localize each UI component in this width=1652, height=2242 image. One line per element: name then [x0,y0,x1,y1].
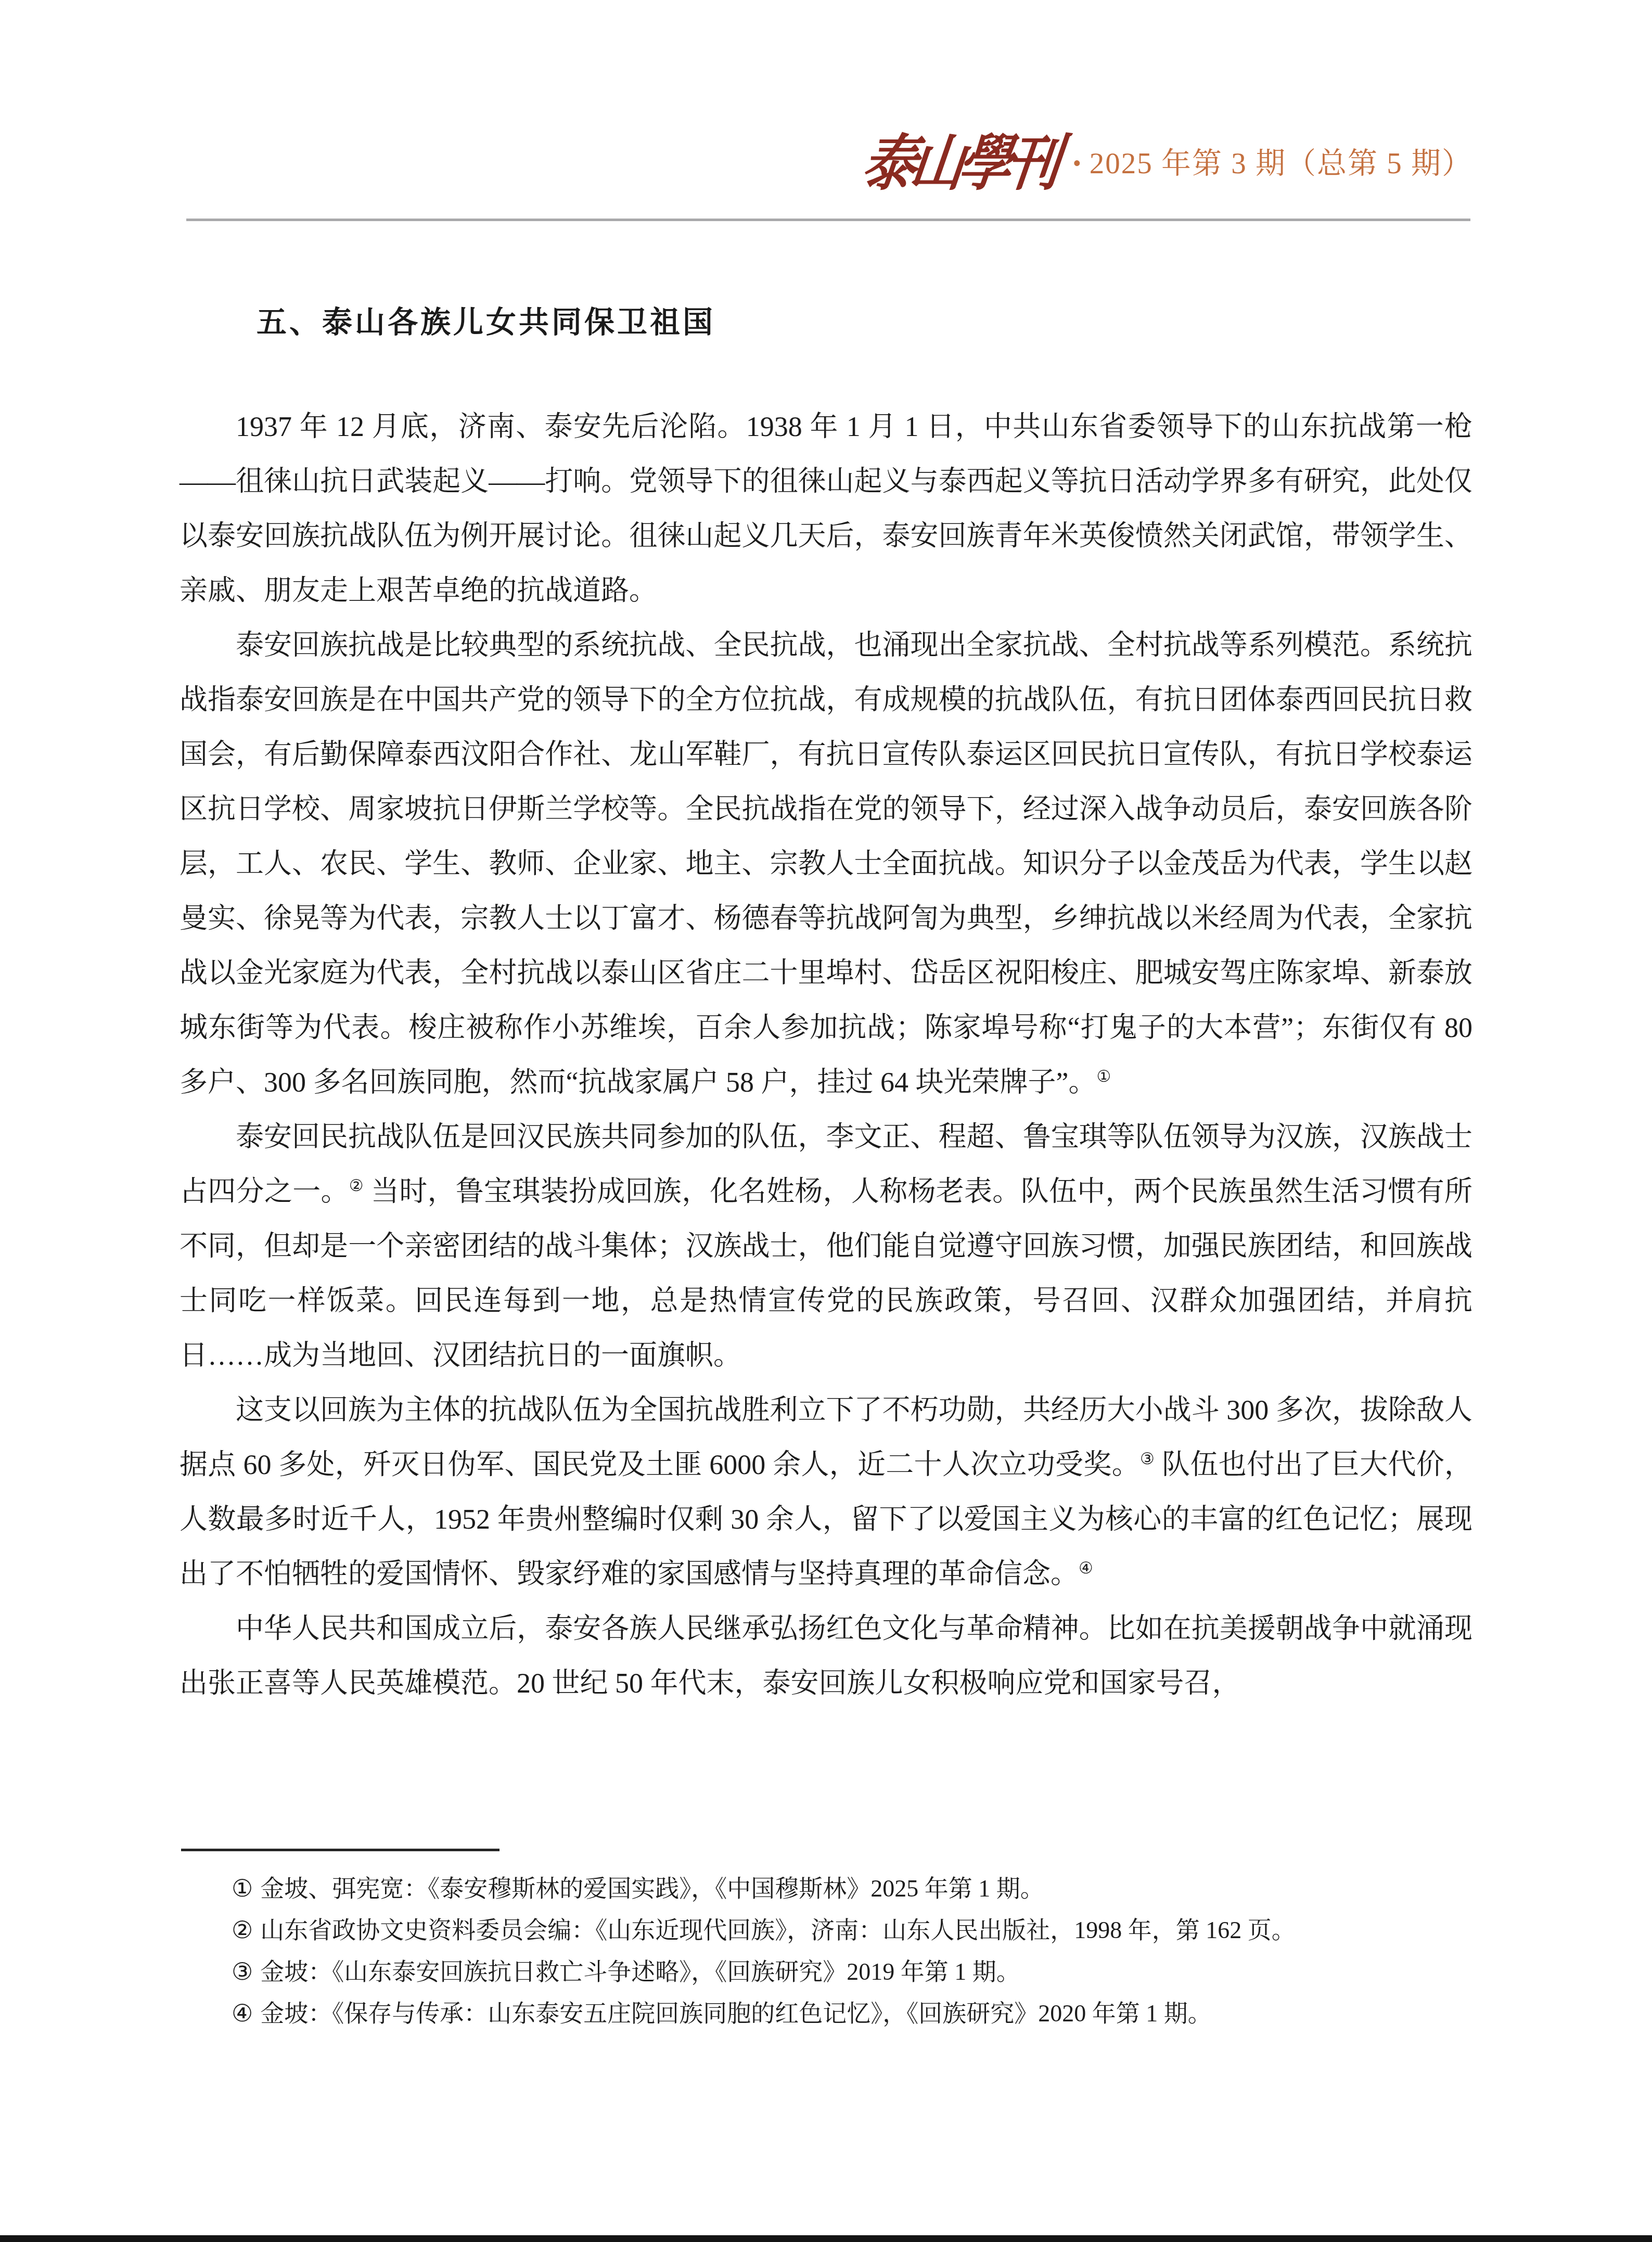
header-dot-icon: • [1073,151,1081,175]
journal-page: 泰山學刊 • 2025 年第 3 期（总第 5 期） 五、泰山各族儿女共同保卫祖… [0,0,1652,2242]
footnote-marker: ② [232,1917,253,1943]
footnote-marker: ④ [232,2000,253,2027]
footnote-marker: ① [232,1875,253,1902]
footnote-divider [181,1849,500,1851]
section-heading: 五、泰山各族儿女共同保卫祖国 [257,298,715,341]
paragraph: 这支以回族为主体的抗战队伍为全国抗战胜利立下了不朽功勋，共经历大小战斗 300 … [180,1383,1472,1602]
paragraph: 1937 年 12 月底，济南、泰安先后沦陷。1938 年 1 月 1 日，中共… [180,400,1472,618]
page-header: 泰山學刊 • 2025 年第 3 期（总第 5 期） [863,136,1472,190]
header-divider [186,219,1470,221]
paragraph: 中华人民共和国成立后，泰安各族人民继承弘扬红色文化与革命精神。比如在抗美援朝战争… [180,1602,1472,1711]
footnote-text: 金坡、弭宪宽：《泰安穆斯林的爱国实践》，《中国穆斯林》2025 年第 1 期。 [260,1875,1044,1902]
footnote-text: 山东省政协文史资料委员会编：《山东近现代回族》，济南：山东人民出版社，1998 … [260,1917,1296,1943]
footnote-ref: ③ [1140,1450,1155,1468]
paragraph: 泰安回族抗战是比较典型的系统抗战、全民抗战，也涌现出全家抗战、全村抗战等系列模范… [180,618,1472,1110]
footnote-marker: ③ [232,1958,253,1985]
article-body: 1937 年 12 月底，济南、泰安先后沦陷。1938 年 1 月 1 日，中共… [180,400,1472,1711]
footnote-item: ①金坡、弭宪宽：《泰安穆斯林的爱国实践》，《中国穆斯林》2025 年第 1 期。 [180,1868,1496,1910]
journal-logo: 泰山學刊 [859,133,1071,194]
paragraph: 泰安回民抗战队伍是回汉民族共同参加的队伍，李文正、程超、鲁宝琪等队伍领导为汉族，… [180,1110,1472,1383]
footnote-ref: ④ [1079,1559,1093,1577]
issue-info: 2025 年第 3 期（总第 5 期） [1090,149,1472,178]
footnote-ref: ② [349,1176,364,1195]
page-bottom-edge [0,2235,1652,2242]
footnote-item: ②山东省政协文史资料委员会编：《山东近现代回族》，济南：山东人民出版社，1998… [180,1910,1496,1951]
footnote-item: ④金坡：《保存与传承：山东泰安五庄院回族同胞的红色记忆》，《回族研究》2020 … [180,1993,1496,2034]
footnote-text: 金坡：《保存与传承：山东泰安五庄院回族同胞的红色记忆》，《回族研究》2020 年… [260,2000,1212,2027]
footnote-text: 金坡：《山东泰安回族抗日救亡斗争述略》，《回族研究》2019 年第 1 期。 [260,1958,1020,1985]
footnotes: ①金坡、弭宪宽：《泰安穆斯林的爱国实践》，《中国穆斯林》2025 年第 1 期。… [180,1868,1496,2034]
footnote-item: ③金坡：《山东泰安回族抗日救亡斗争述略》，《回族研究》2019 年第 1 期。 [180,1951,1496,1993]
footnote-ref: ① [1096,1067,1111,1085]
